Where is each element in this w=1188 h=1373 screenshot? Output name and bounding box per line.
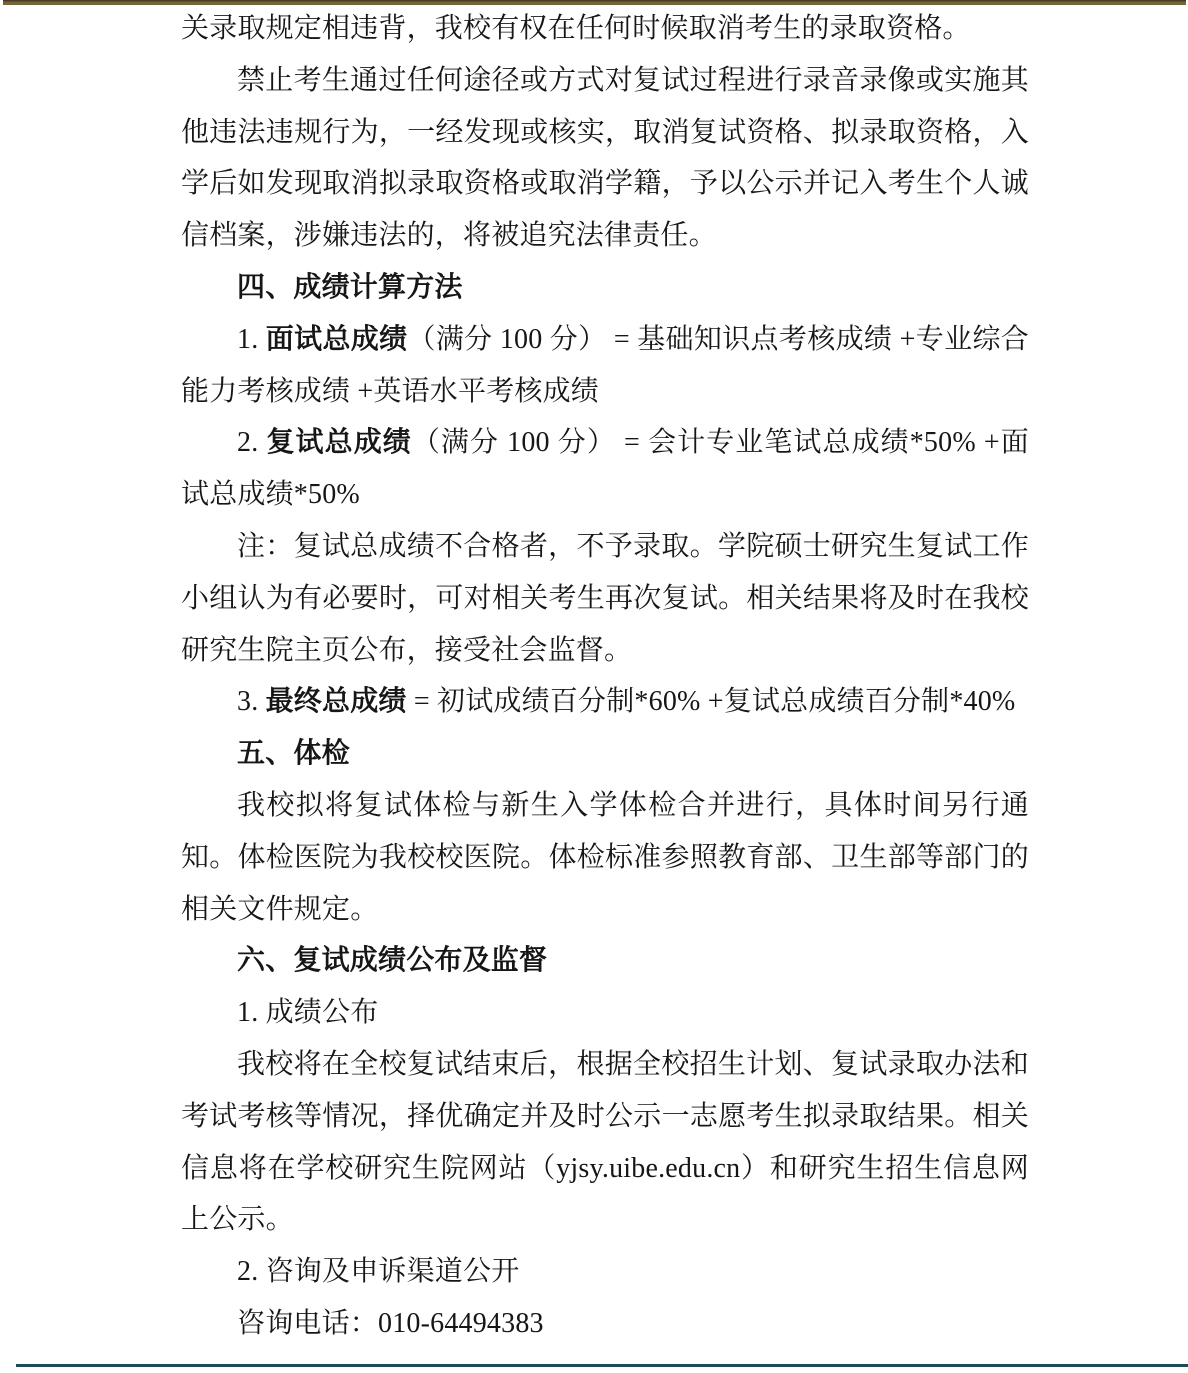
item-2-consultation-channel: 2. 咨询及申诉渠道公开 <box>181 1246 1029 1298</box>
item-number: 2. <box>237 427 266 458</box>
section-heading-text: 四、成绩计算方法 <box>237 272 463 303</box>
heading-section-5-physical-exam: 五、体检 <box>181 728 1029 780</box>
document-text-block: 关录取规定相违背，我校有权在任何时候取消考生的录取资格。 禁止考生通过任何途径或… <box>181 3 1029 1350</box>
item-formula: = 初试成绩百分制*60% +复试总成绩百分制*40% <box>407 686 1016 717</box>
paragraph-consultation-phone: 咨询电话：010-64494383 <box>181 1298 1029 1350</box>
section-heading-text: 五、体检 <box>237 738 350 769</box>
item-term-bold: 面试总成绩 <box>266 324 408 355</box>
item-1-score-publication: 1. 成绩公布 <box>181 987 1029 1039</box>
paragraph-text: 我校将在全校复试结束后，根据全校招生计划、复试录取办法和考试考核等情况，择优确定… <box>181 1049 1029 1235</box>
paragraph-text: 禁止考生通过任何途径或方式对复试过程进行录音录像或实施其他违法违规行为，一经发现… <box>181 65 1029 251</box>
section-heading-text: 六、复试成绩公布及监督 <box>237 945 547 976</box>
document-page: { "page": { "background_color": "#ffffff… <box>0 0 1188 1373</box>
paragraph-continuation: 关录取规定相违背，我校有权在任何时候取消考生的录取资格。 <box>181 3 1029 55</box>
paragraph-text: 咨询电话：010-64494383 <box>237 1308 544 1339</box>
item-term-bold: 最终总成绩 <box>266 686 407 717</box>
bottom-border-line <box>16 1364 1188 1367</box>
paragraph-physical-exam: 我校拟将复试体检与新生入学体检合并进行，具体时间另行通知。体检医院为我校校医院。… <box>181 780 1029 935</box>
paragraph-text: 关录取规定相违背，我校有权在任何时候取消考生的录取资格。 <box>181 13 971 44</box>
paragraph-score-publication-detail: 我校将在全校复试结束后，根据全校招生计划、复试录取办法和考试考核等情况，择优确定… <box>181 1039 1029 1246</box>
item-2-retest-total-score: 2. 复试总成绩（满分 100 分） = 会计专业笔试总成绩*50% +面试总成… <box>181 417 1029 521</box>
item-number: 1. <box>237 324 266 355</box>
heading-section-4-score-calculation: 四、成绩计算方法 <box>181 262 1029 314</box>
paragraph-text: 2. 咨询及申诉渠道公开 <box>237 1256 519 1287</box>
paragraph-recording-prohibition: 禁止考生通过任何途径或方式对复试过程进行录音录像或实施其他违法违规行为，一经发现… <box>181 55 1029 262</box>
paragraph-note-retest: 注：复试总成绩不合格者，不予录取。学院硕士研究生复试工作小组认为有必要时，可对相… <box>181 521 1029 676</box>
heading-section-6-score-publication: 六、复试成绩公布及监督 <box>181 935 1029 987</box>
item-term-bold: 复试总成绩 <box>266 427 411 458</box>
item-number: 3. <box>237 686 266 717</box>
item-3-final-total-score: 3. 最终总成绩 = 初试成绩百分制*60% +复试总成绩百分制*40% <box>181 676 1029 728</box>
paragraph-text: 注：复试总成绩不合格者，不予录取。学院硕士研究生复试工作小组认为有必要时，可对相… <box>181 531 1029 666</box>
item-1-interview-total-score: 1. 面试总成绩（满分 100 分） = 基础知识点考核成绩 +专业综合能力考核… <box>181 314 1029 418</box>
paragraph-text: 1. 成绩公布 <box>237 997 378 1028</box>
paragraph-text: 我校拟将复试体检与新生入学体检合并进行，具体时间另行通知。体检医院为我校校医院。… <box>181 790 1029 925</box>
